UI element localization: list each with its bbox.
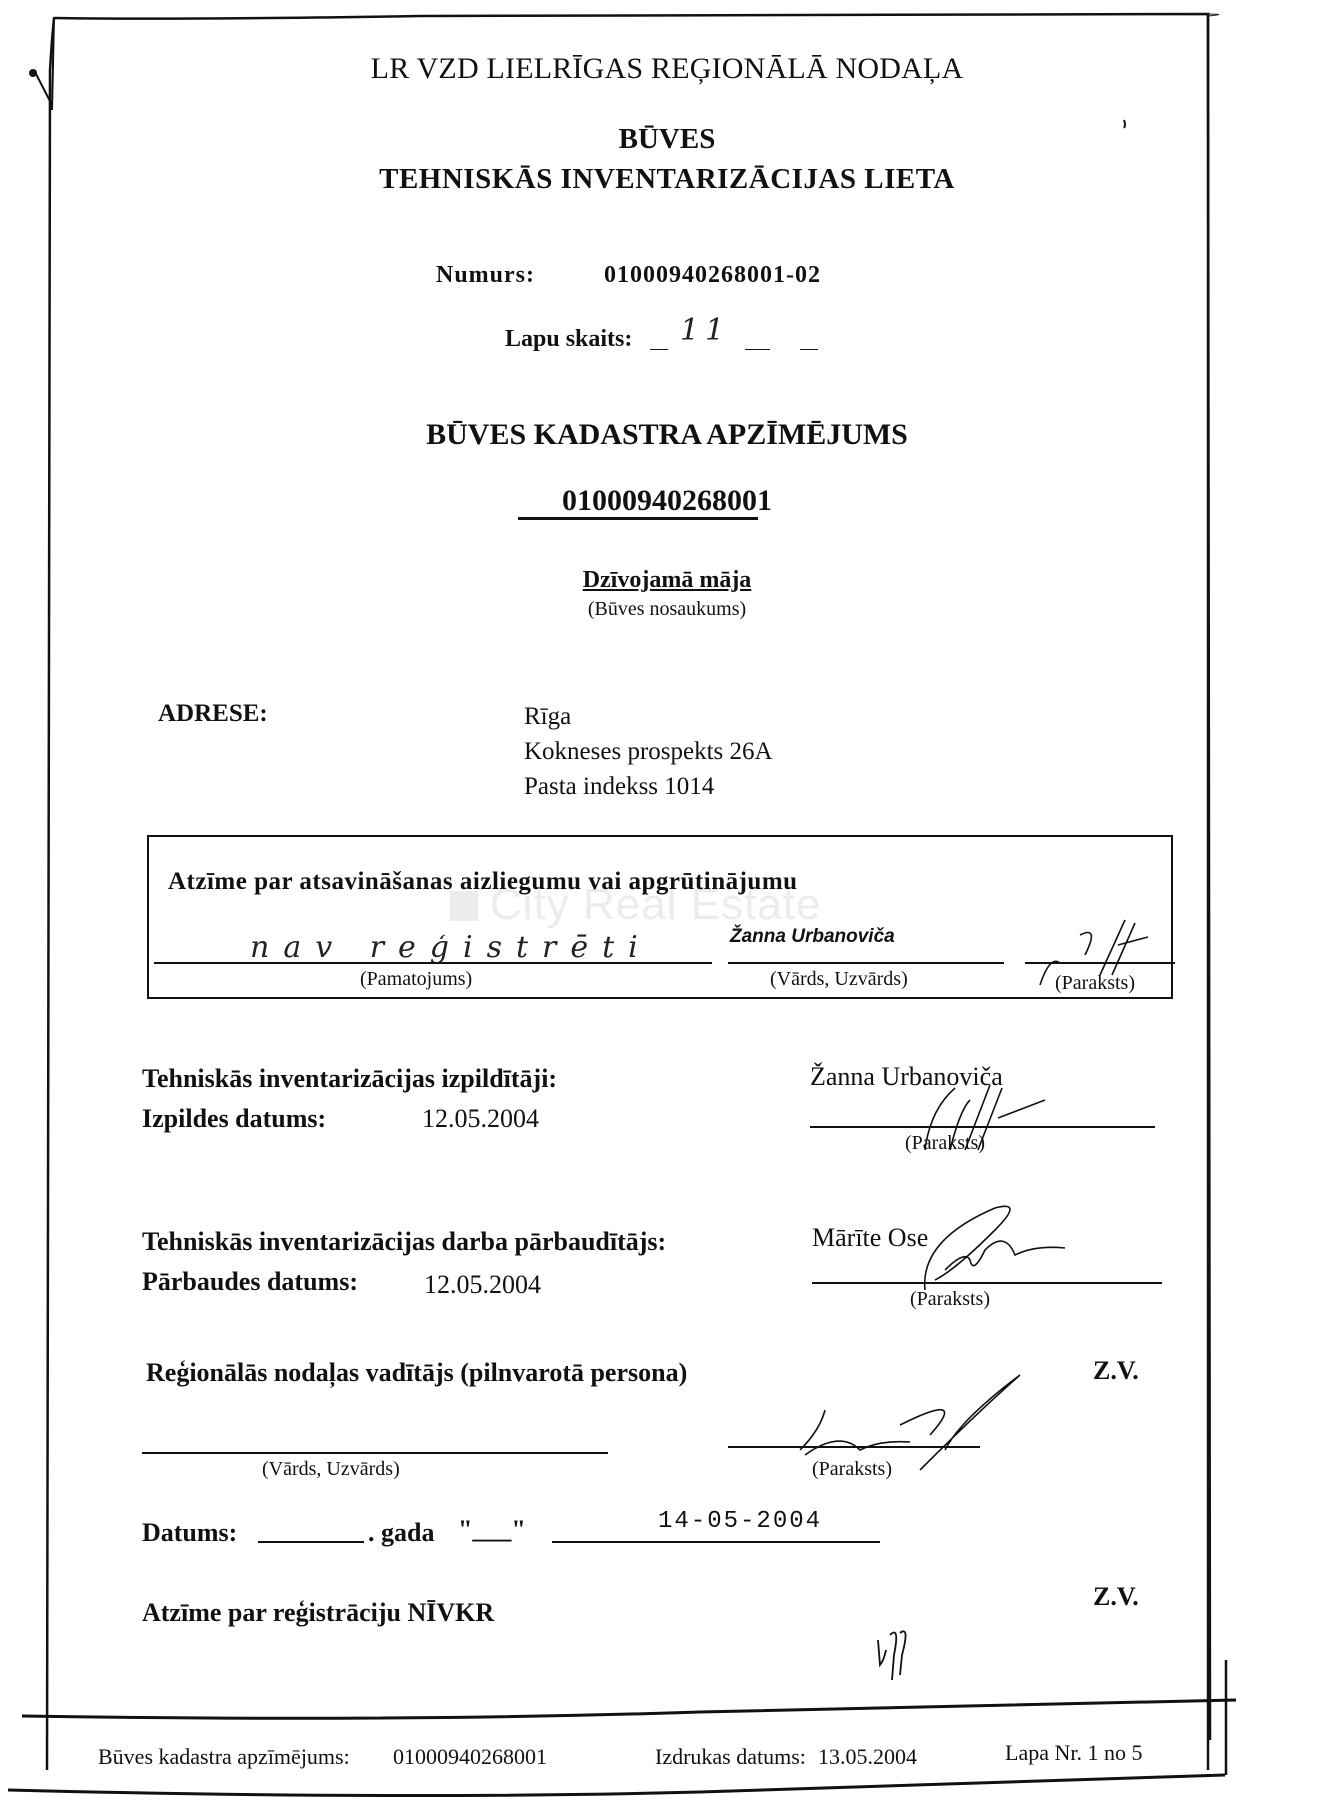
- page-count-label: Lapu skaits:: [505, 326, 632, 353]
- registration-initials-mark: [870, 1625, 920, 1685]
- footer-cadastre-label: Būves kadastra apzīmējums:: [98, 1744, 350, 1770]
- registration-seal: Z.V.: [1093, 1582, 1139, 1612]
- inspector-signature-mark: [915, 1200, 1075, 1300]
- inspection-date-value: 12.05.2004: [424, 1270, 541, 1300]
- page-count-value: 11: [680, 313, 730, 348]
- address-postal: Pasta indekss 1014: [524, 773, 714, 801]
- encumbrance-name: Žanna Urbanoviča: [730, 926, 895, 948]
- footer-cadastre-value: 01000940268001: [393, 1744, 547, 1770]
- encumbrance-basis-handwritten: nav reģistrēti: [250, 930, 652, 965]
- organization-title: LR VZD LIELRĪGAS REĢIONĀLĀ NODAĻA: [0, 52, 1334, 86]
- date-month-line: [552, 1541, 880, 1543]
- inspection-date-label: Pārbaudes datums:: [142, 1267, 358, 1297]
- date-year-line: [258, 1541, 364, 1543]
- cadastre-heading: BŪVES KADASTRA APZĪMĒJUMS: [0, 418, 1334, 452]
- name-caption: (Vārds, Uzvārds): [770, 968, 908, 991]
- inspector-label: Tehniskās inventarizācijas darba pārbaud…: [142, 1227, 666, 1257]
- building-name: Dzīvojamā māja: [0, 567, 1334, 594]
- execution-date-label: Izpildes datums:: [142, 1104, 326, 1134]
- cadastre-code-underline: [518, 517, 758, 520]
- document-title-line1: BŪVES: [0, 123, 1334, 156]
- address-label: ADRESE:: [158, 700, 268, 728]
- stamped-date: 14-05-2004: [658, 1508, 822, 1535]
- cadastre-code: 01000940268001: [0, 484, 1334, 518]
- footer-page-number: Lapa Nr. 1 no 5: [1005, 1740, 1142, 1766]
- date-gada: . gada: [368, 1518, 434, 1548]
- building-name-caption: (Būves nosaukums): [0, 598, 1334, 621]
- name-line: [728, 962, 1004, 964]
- date-label: Datums:: [142, 1518, 237, 1548]
- inspector-name: Mārīte Ose: [812, 1223, 928, 1253]
- regional-head-seal: Z.V.: [1093, 1356, 1139, 1386]
- page-count-line: [745, 349, 770, 350]
- encumbrance-title: Atzīme par atsavināšanas aizliegumu vai …: [168, 868, 798, 896]
- address-street: Kokneses prospekts 26A: [524, 738, 773, 766]
- basis-line: [154, 962, 712, 964]
- footer-print-date-value: 13.05.2004: [818, 1744, 917, 1770]
- regional-head-signature-mark: [780, 1370, 1030, 1490]
- executor-signature-mark: [920, 1080, 1050, 1160]
- page-count-line: [800, 349, 818, 350]
- footer-print-date-label: Izdrukas datums:: [655, 1744, 806, 1770]
- date-day-blank: "___": [458, 1515, 526, 1545]
- execution-date-value: 12.05.2004: [422, 1104, 539, 1134]
- executors-label: Tehniskās inventarizācijas izpildītāji:: [142, 1064, 557, 1094]
- signature-mark-1: [1030, 915, 1150, 1000]
- address-city: Rīga: [524, 703, 571, 731]
- document-title-line2: TEHNISKĀS INVENTARIZĀCIJAS LIETA: [0, 163, 1334, 196]
- registration-label: Atzīme par reģistrāciju NĪVKR: [142, 1598, 494, 1628]
- regional-head-name-caption: (Vārds, Uzvārds): [262, 1458, 400, 1481]
- case-number-value: 01000940268001-02: [604, 262, 821, 289]
- regional-head-label: Reģionālās nodaļas vadītājs (pilnvarotā …: [146, 1358, 687, 1388]
- page-count-line: [650, 349, 668, 350]
- basis-caption: (Pamatojums): [360, 968, 472, 991]
- case-number-label: Numurs:: [436, 262, 535, 289]
- regional-head-name-line: [142, 1452, 608, 1454]
